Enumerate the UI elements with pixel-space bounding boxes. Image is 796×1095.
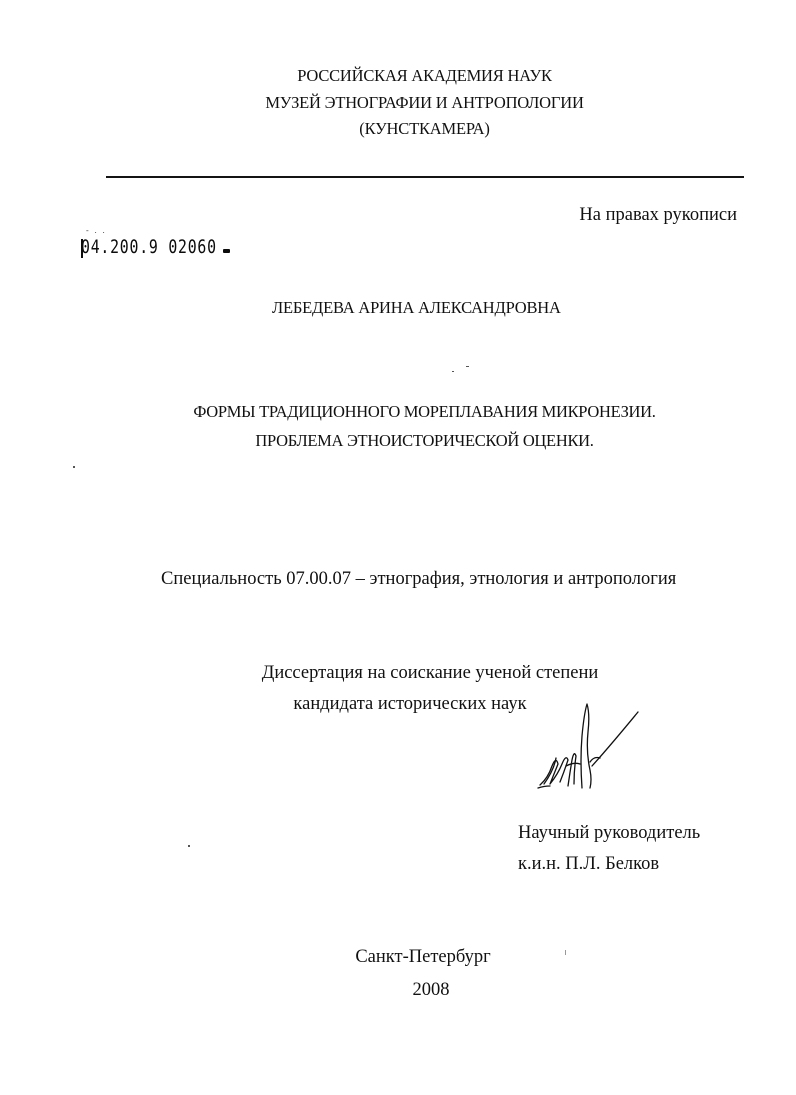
org-line-academy: РОССИЙСКАЯ АКАДЕМИЯ НАУК [106,66,743,86]
city: Санкт-Петербург [298,947,548,968]
org-line-museum: МУЗЕЙ ЭТНОГРАФИИ И АНТРОПОЛОГИИ [106,93,743,113]
scan-speck [73,466,75,468]
org-line-kunstkamera: (КУНСТКАМЕРА) [106,119,743,139]
dissertation-title-line-1: ФОРМЫ ТРАДИЦИОННОГО МОРЕПЛАВАНИЯ МИКРОНЕ… [106,402,743,422]
author-name: ЛЕБЕДЕВА АРИНА АЛЕКСАНДРОВНА [272,298,561,318]
scan-speck [565,950,566,955]
year: 2008 [306,980,556,1001]
manuscript-rights-note: На правах рукописи [579,205,737,226]
stamp-mark [223,249,230,253]
header-divider [106,176,744,178]
advisor-name: к.и.н. П.Л. Белков [518,854,659,875]
degree-line-1: Диссертация на соискание ученой степени [200,663,660,684]
specialty-line: Специальность 07.00.07 – этнография, этн… [161,569,676,590]
dissertation-title-line-2: ПРОБЛЕМА ЭТНОИСТОРИЧЕСКОЙ ОЦЕНКИ. [106,431,743,451]
advisor-label: Научный руководитель [518,823,700,844]
scan-speck [452,371,454,372]
scan-speck [466,366,469,367]
catalog-stamp-number: 04.200.9 02060 [81,236,217,258]
stamp-dots: - . . [86,226,107,235]
signature-icon [530,700,650,795]
scan-speck [188,845,190,847]
